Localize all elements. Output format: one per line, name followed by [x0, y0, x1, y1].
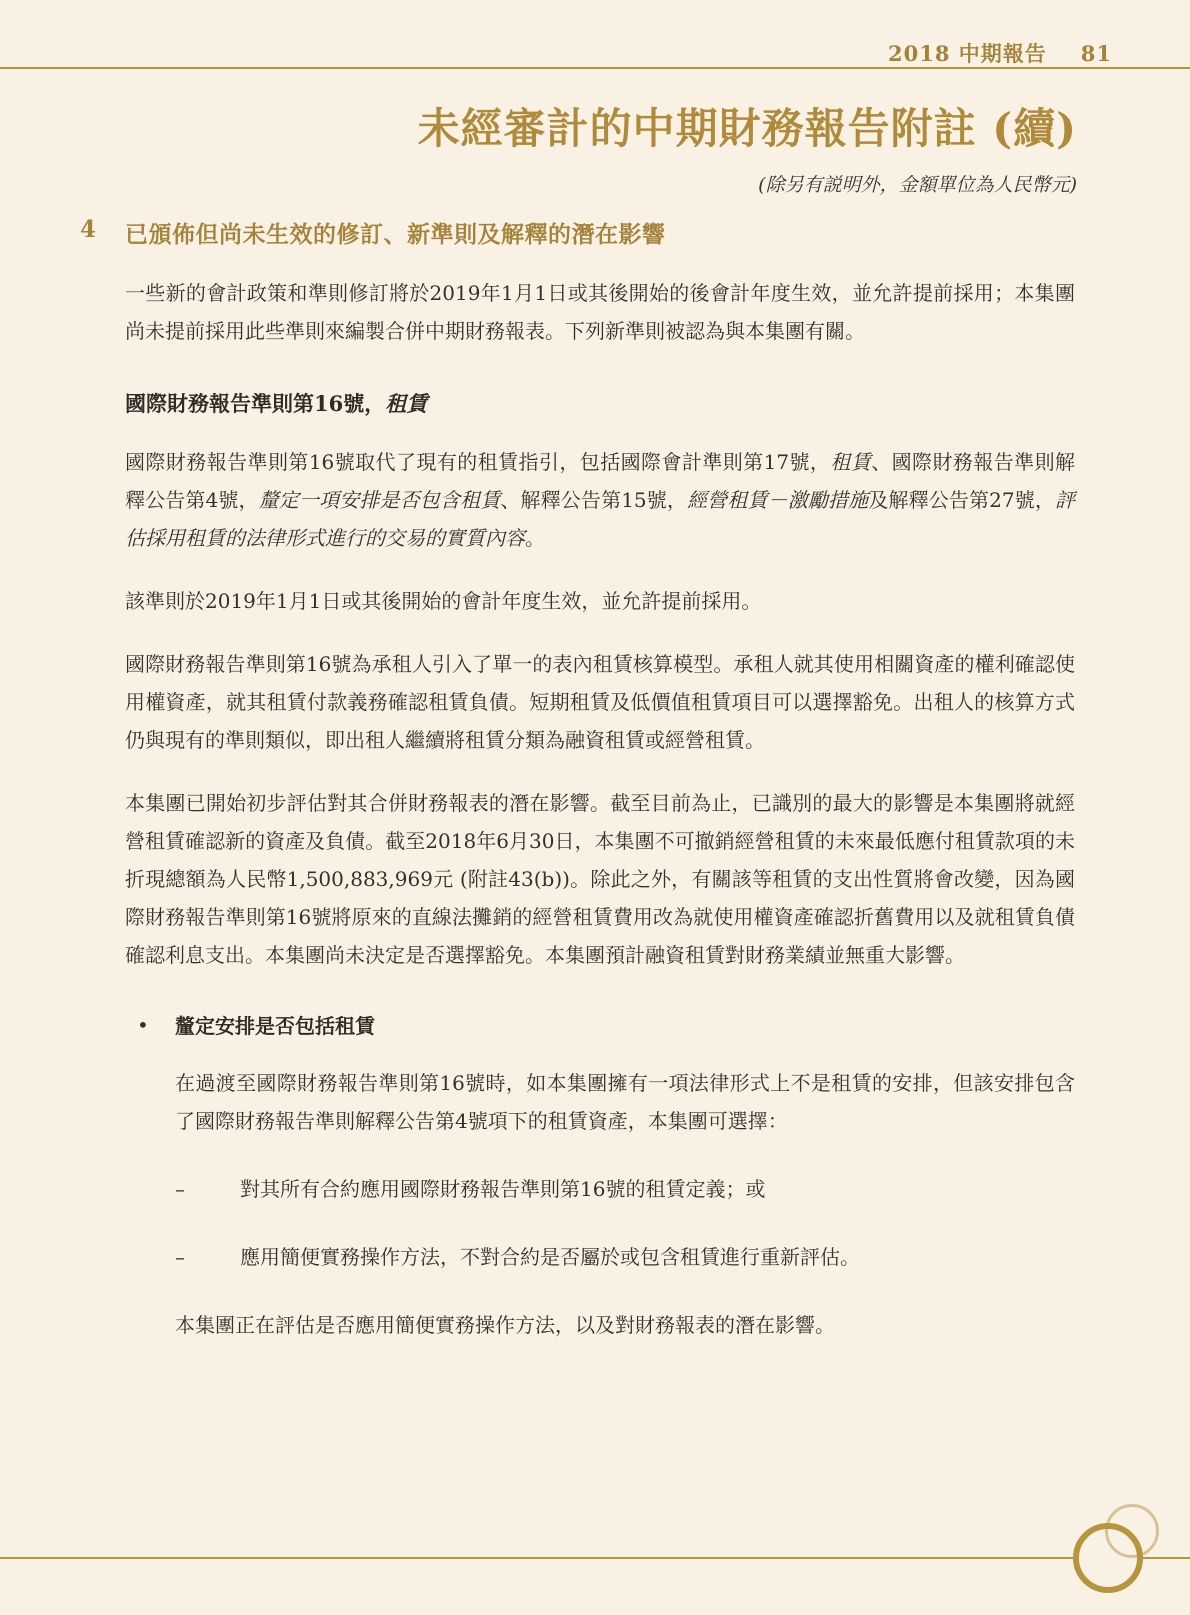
decorative-circle-large — [1073, 1523, 1143, 1593]
option-text: 應用簡便實務操作方法，不對合約是否屬於或包含租賃進行重新評估。 — [240, 1238, 1075, 1276]
impact-assessment-paragraph: 本集團已開始初步評估對其合併財務報表的潛在影響。截至目前為止，已識別的最大的影響… — [125, 784, 1075, 974]
main-content: 4 已頒佈但尚未生效的修訂、新準則及解釋的潛在影響 一些新的會計政策和準則修訂將… — [80, 216, 1075, 1369]
section-heading: 4 已頒佈但尚未生效的修訂、新準則及解釋的潛在影響 — [80, 216, 1075, 249]
bullet-item: • 釐定安排是否包括租賃 在過渡至國際財務報告準則第16號時，如本集團擁有一項法… — [125, 1010, 1075, 1344]
document-title: 未經審計的中期財務報告附註 (續) — [418, 96, 1077, 156]
section-body: 一些新的會計政策和準則修訂將於2019年1月1日或其後開始的後會計年度生效，並允… — [125, 274, 1075, 1344]
header-rule — [0, 67, 1190, 69]
lease-model-paragraph: 國際財務報告準則第16號為承租人引入了單一的表內租賃核算模型。承租人就其使用相關… — [125, 645, 1075, 759]
option-item: – 應用簡便實務操作方法，不對合約是否屬於或包含租賃進行重新評估。 — [175, 1238, 1075, 1276]
dash-marker: – — [175, 1170, 185, 1208]
replacement-paragraph: 國際財務報告準則第16號取代了現有的租賃指引，包括國際會計準則第17號，租賃、國… — [125, 443, 1075, 557]
option-text: 對其所有合約應用國際財務報告準則第16號的租賃定義；或 — [240, 1170, 1075, 1208]
dash-marker: – — [175, 1238, 185, 1276]
report-title: 2018 中期報告 — [888, 41, 1047, 66]
bullet-marker: • — [137, 1010, 149, 1040]
document-subtitle: (除另有説明外，金額單位為人民幣元) — [758, 170, 1077, 197]
bullet-heading: 釐定安排是否包括租賃 — [175, 1010, 1075, 1039]
closing-paragraph: 本集團正在評估是否應用簡便實務操作方法，以及對財務報表的潛在影響。 — [175, 1306, 1075, 1344]
page-header: 2018 中期報告81 — [888, 38, 1112, 68]
ifrs16-subsection-heading: 國際財務報告準則第16號，租賃 — [125, 388, 1075, 418]
footer-rule — [0, 1557, 1190, 1559]
bullet-body: 釐定安排是否包括租賃 在過渡至國際財務報告準則第16號時，如本集團擁有一項法律形… — [175, 1010, 1075, 1344]
ifrs16-heading-prefix: 國際財務報告準則第16號， — [125, 391, 385, 416]
intro-paragraph: 一些新的會計政策和準則修訂將於2019年1月1日或其後開始的後會計年度生效，並允… — [125, 274, 1075, 350]
option-item: – 對其所有合約應用國際財務報告準則第16號的租賃定義；或 — [175, 1170, 1075, 1208]
section-number: 4 — [80, 216, 125, 249]
effective-date-paragraph: 該準則於2019年1月1日或其後開始的會計年度生效，並允許提前採用。 — [125, 582, 1075, 620]
section-title: 已頒佈但尚未生效的修訂、新準則及解釋的潛在影響 — [125, 216, 666, 249]
page-number: 81 — [1081, 41, 1112, 66]
ifrs16-heading-title: 租賃 — [385, 391, 427, 416]
transition-paragraph: 在過渡至國際財務報告準則第16號時，如本集團擁有一項法律形式上不是租賃的安排，但… — [175, 1064, 1075, 1140]
